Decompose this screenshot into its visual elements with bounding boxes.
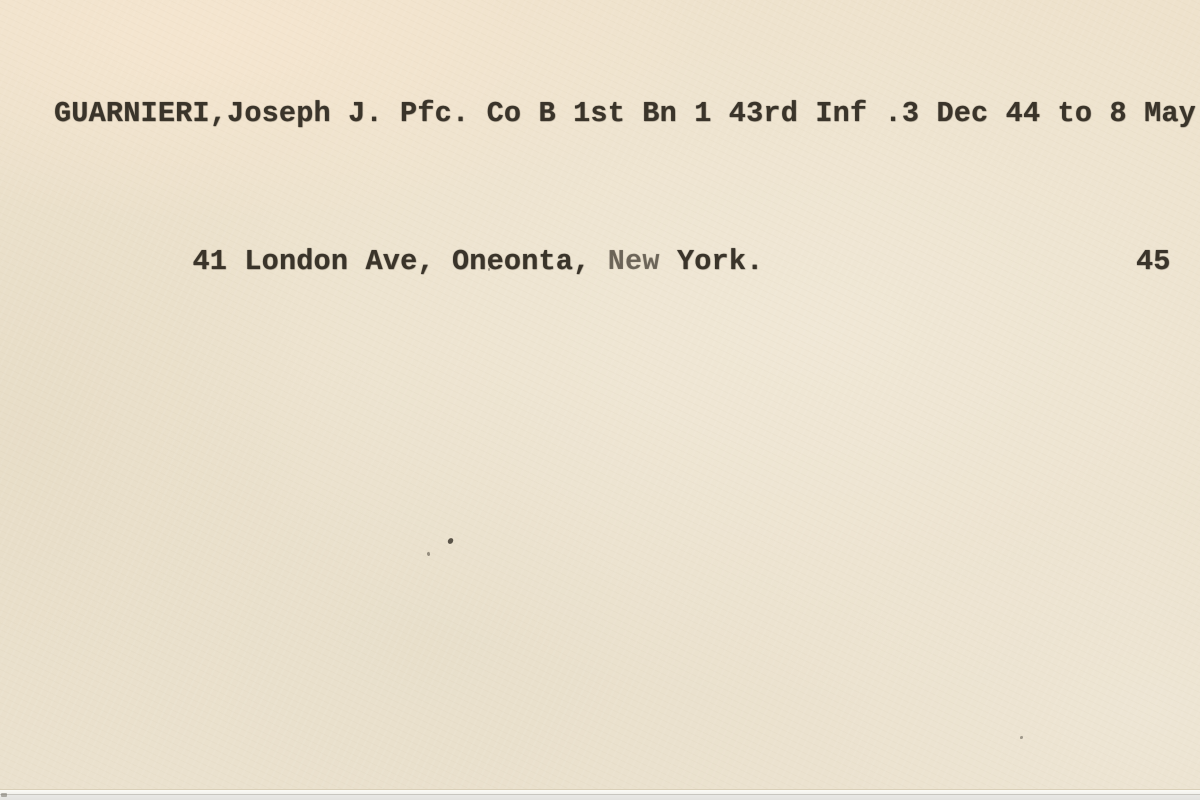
ink-speck	[447, 537, 454, 544]
card-line-1: GUARNIERI,Joseph J. Pfc. Co B 1st Bn 1 4…	[54, 95, 1200, 132]
address-part-2: York.	[660, 245, 764, 278]
scanner-background-strip	[0, 795, 1200, 800]
ink-speck	[1020, 736, 1023, 739]
scanner-edge	[0, 790, 1200, 800]
scan-corner-artifact	[1, 793, 7, 797]
scanned-card-image: GUARNIERI,Joseph J. Pfc. Co B 1st Bn 1 4…	[0, 0, 1200, 800]
card-typed-text: GUARNIERI,Joseph J. Pfc. Co B 1st Bn 1 4…	[54, 21, 1200, 428]
address-faded-word: New	[608, 245, 660, 278]
date-year-continuation: 45	[1136, 243, 1171, 280]
ink-speck	[427, 552, 431, 557]
card-line-2: 41 London Ave, Oneonta, New York. 45	[54, 206, 1200, 354]
index-card: GUARNIERI,Joseph J. Pfc. Co B 1st Bn 1 4…	[0, 0, 1200, 790]
address-part-1: 41 London Ave, Oneonta,	[192, 245, 607, 278]
